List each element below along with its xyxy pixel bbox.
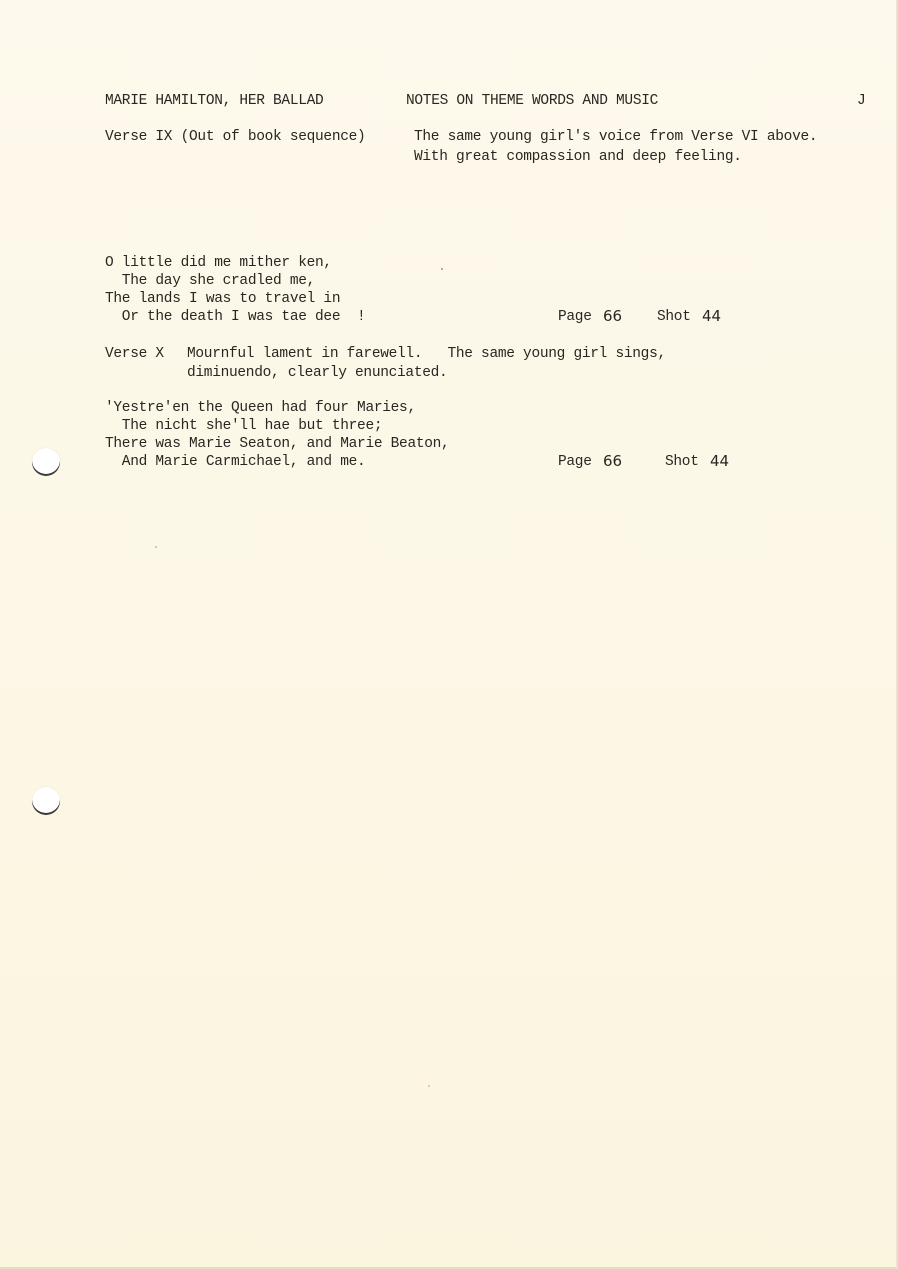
verse-x-lyric-line: The nicht she'll hae but three; xyxy=(105,417,382,435)
verse-ix-page-number: 66 xyxy=(603,307,622,325)
verse-x-page-number: 66 xyxy=(603,452,622,470)
verse-x-lyric-line: 'Yestre'en the Queen had four Maries, xyxy=(105,399,416,417)
verse-ix-label: Verse IX (Out of book sequence) xyxy=(105,128,365,146)
verse-ix-lyric-line: Or the death I was tae dee ! xyxy=(105,308,365,326)
paper-speck xyxy=(155,546,157,548)
verse-ix-shot-number: 44 xyxy=(702,307,721,325)
verse-ix-shot-label: Shot xyxy=(657,308,691,326)
verse-ix-lyric-line: The day she cradled me, xyxy=(105,272,315,290)
verse-x-shot-number: 44 xyxy=(710,452,729,470)
verse-x-note-line: diminuendo, clearly enunciated. xyxy=(187,364,447,382)
verse-x-page-label: Page xyxy=(558,453,592,471)
verse-x-lyric-line: And Marie Carmichael, and me. xyxy=(105,453,365,471)
paper-speck xyxy=(428,1085,430,1087)
verse-ix-lyric-line: O little did me mither ken, xyxy=(105,254,332,272)
document-page: MARIE HAMILTON, HER BALLAD NOTES ON THEM… xyxy=(0,0,898,1269)
header-title: MARIE HAMILTON, HER BALLAD xyxy=(105,92,323,110)
verse-x-lyric-line: There was Marie Seaton, and Marie Beaton… xyxy=(105,435,449,453)
verse-x-note-line: Mournful lament in farewell. The same yo… xyxy=(187,345,666,363)
verse-x-shot-label: Shot xyxy=(665,453,699,471)
verse-ix-lyric-line: The lands I was to travel in xyxy=(105,290,340,308)
verse-ix-page-label: Page xyxy=(558,308,592,326)
verse-ix-note-line: The same young girl's voice from Verse V… xyxy=(414,128,817,146)
verse-x-label: Verse X xyxy=(105,345,164,363)
paper-speck xyxy=(441,268,443,270)
punch-hole xyxy=(32,787,60,815)
verse-ix-note-line: With great compassion and deep feeling. xyxy=(414,148,742,166)
punch-hole xyxy=(32,448,60,476)
header-section: NOTES ON THEME WORDS AND MUSIC xyxy=(406,92,658,110)
page-letter: J xyxy=(857,92,865,110)
